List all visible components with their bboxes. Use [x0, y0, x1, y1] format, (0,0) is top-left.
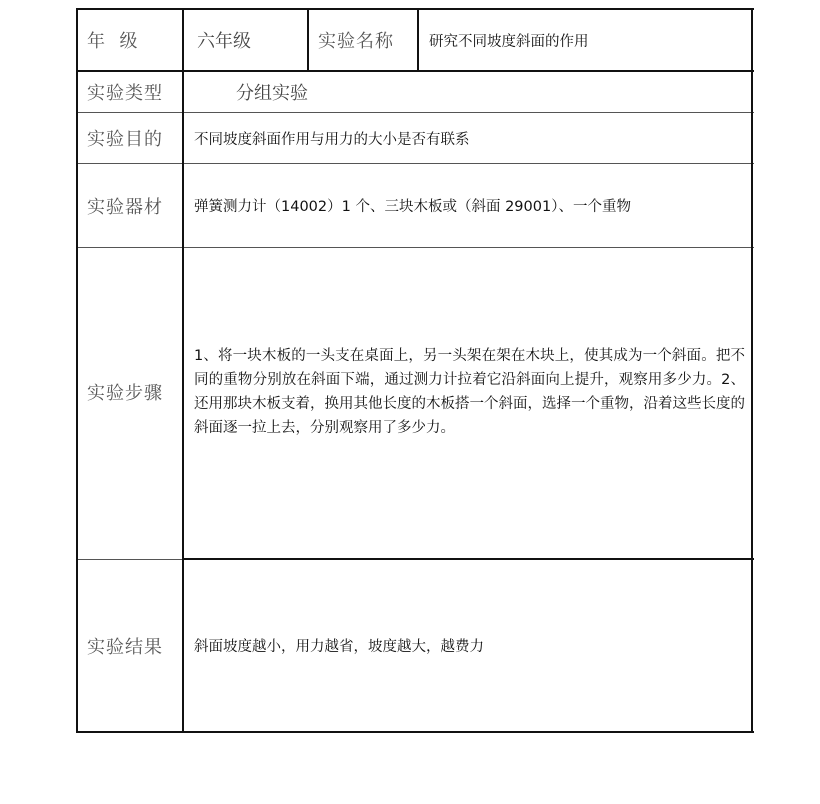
experiment-equipment-value: 弹簧测力计（14002）1 个、三块木板或（斜面 29001）、一个重物 [184, 164, 751, 247]
experiment-result-value: 斜面坡度越小，用力越省，坡度越大，越费力 [184, 560, 751, 731]
experiment-purpose-label: 实验目的 [78, 113, 182, 163]
border-right [751, 8, 753, 733]
experiment-record-table: 年 级 六年级 实验名称 研究不同坡度斜面的作用 实验类型 分组实验 实验目的 … [0, 0, 820, 804]
experiment-steps-label: 实验步骤 [78, 248, 182, 535]
experiment-type-value: 分组实验 [184, 72, 751, 112]
experiment-steps-value: 1、将一块木板的一头支在桌面上，另一头架在架在木块上，使其成为一个斜面。把不同的… [184, 248, 751, 535]
experiment-name-label: 实验名称 [309, 10, 417, 70]
grade-label: 年 级 [78, 10, 182, 70]
experiment-type-label: 实验类型 [78, 72, 182, 112]
experiment-result-label: 实验结果 [78, 560, 182, 731]
border-bottom [76, 731, 754, 733]
experiment-name-value: 研究不同坡度斜面的作用 [419, 10, 751, 70]
experiment-equipment-label: 实验器材 [78, 164, 182, 247]
grade-value: 六年级 [184, 10, 307, 70]
experiment-purpose-value: 不同坡度斜面作用与用力的大小是否有联系 [184, 113, 751, 163]
